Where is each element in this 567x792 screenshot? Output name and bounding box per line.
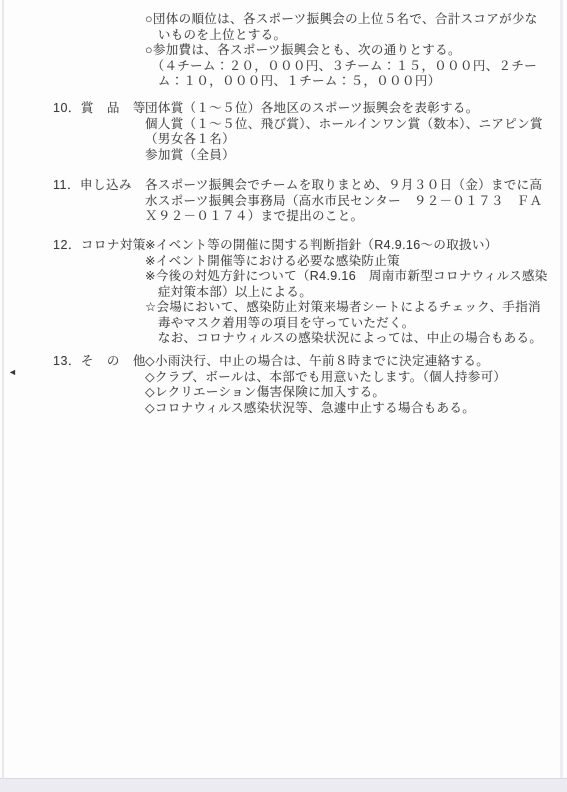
body-line: 参加賞（全員）: [145, 148, 543, 164]
body-line: ※今後の対処方針について（R4.9.16 周南市新型コロナウィルス感染: [145, 269, 548, 285]
section-number: 10．: [53, 101, 81, 115]
body-line: 水スポーツ振興会事務局（高水市民センター ９２－０１７３ ＦＡ: [145, 194, 542, 210]
section-number: 12．: [53, 238, 81, 252]
section-title: 賞 品 等: [81, 101, 146, 115]
section-heading: 11．申し込み: [53, 178, 132, 194]
section-body: 各スポーツ振興会でチームを取りまとめ、９月３０日（金）までに高 水スポーツ振興会…: [145, 178, 542, 225]
section-heading: 10．賞 品 等: [53, 101, 146, 117]
section-body: 団体賞（１～５位）各地区のスポーツ振興会を表彰する。 個人賞（１～５位、飛び賞）…: [145, 101, 543, 163]
left-triangle-mark-icon: ◄: [8, 368, 17, 377]
body-line: 症対策本部）以上による。: [145, 285, 548, 301]
section-body: ※イベント等の開催に関する判断指針（R4.9.16～の取扱い） ※イベント開催等…: [145, 238, 548, 347]
section-title: 申し込み: [80, 178, 132, 192]
section-number: 13．: [53, 354, 81, 368]
body-line: ※イベント開催等における必要な感染防止策: [145, 254, 548, 270]
page-right-edge-line: [560, 0, 563, 778]
intro-line: いものを上位とする。: [145, 28, 538, 44]
scanned-document-page: ○団体の順位は、各スポーツ振興会の上位５名で、合計スコアが少な いものを上位とす…: [0, 0, 567, 792]
section-title: コロナ対策: [81, 238, 146, 252]
intro-line: ム：１０，０００円、１チーム：５，０００円）: [145, 74, 538, 90]
section-body: ◇小雨決行、中止の場合は、午前８時までに決定連絡する。 ◇クラブ、ボールは、本部…: [145, 354, 506, 416]
intro-line: ○参加費は、各スポーツ振興会とも、次の通りとする。: [145, 43, 538, 59]
body-line: ◇コロナウィルス感染状況等、急遽中止する場合もある。: [145, 401, 506, 417]
body-line: なお、コロナウィルスの感染状況によっては、中止の場合もある。: [145, 331, 548, 347]
body-line: ◇小雨決行、中止の場合は、午前８時までに決定連絡する。: [145, 354, 506, 370]
section-heading: 12．コロナ対策: [53, 238, 146, 254]
body-line: ☆会場において、感染防止対策来場者シートによるチェック、手指消: [145, 300, 548, 316]
body-line: 毒やマスク着用等の項目を守っていただく。: [145, 316, 548, 332]
section-number: 11．: [53, 178, 80, 192]
section-title: そ の 他: [81, 354, 146, 368]
intro-line: ○団体の順位は、各スポーツ振興会の上位５名で、合計スコアが少な: [145, 12, 538, 28]
body-line: ※イベント等の開催に関する判断指針（R4.9.16～の取扱い）: [145, 238, 548, 254]
body-line: ◇クラブ、ボールは、本部でも用意いたします。（個人持参可）: [145, 370, 506, 386]
intro-bullet-block: ○団体の順位は、各スポーツ振興会の上位５名で、合計スコアが少な いものを上位とす…: [145, 12, 538, 90]
body-line: 個人賞（１～５位、飛び賞）、ホールインワン賞（数本）、ニアピン賞: [145, 117, 543, 133]
body-line: Ｘ９２－０１７４）まで提出のこと。: [145, 209, 542, 225]
page-left-edge-line: [2, 0, 4, 778]
body-line: （男女各１名）: [145, 132, 543, 148]
scan-footer-strip: [0, 778, 567, 792]
body-line: 団体賞（１～５位）各地区のスポーツ振興会を表彰する。: [145, 101, 543, 117]
intro-line: （４チーム：２０，０００円、３チーム：１５，０００円、２チー: [145, 59, 538, 75]
body-line: 各スポーツ振興会でチームを取りまとめ、９月３０日（金）までに高: [145, 178, 542, 194]
section-heading: 13．そ の 他: [53, 354, 146, 370]
body-line: ◇レクリエーション傷害保険に加入する。: [145, 385, 506, 401]
